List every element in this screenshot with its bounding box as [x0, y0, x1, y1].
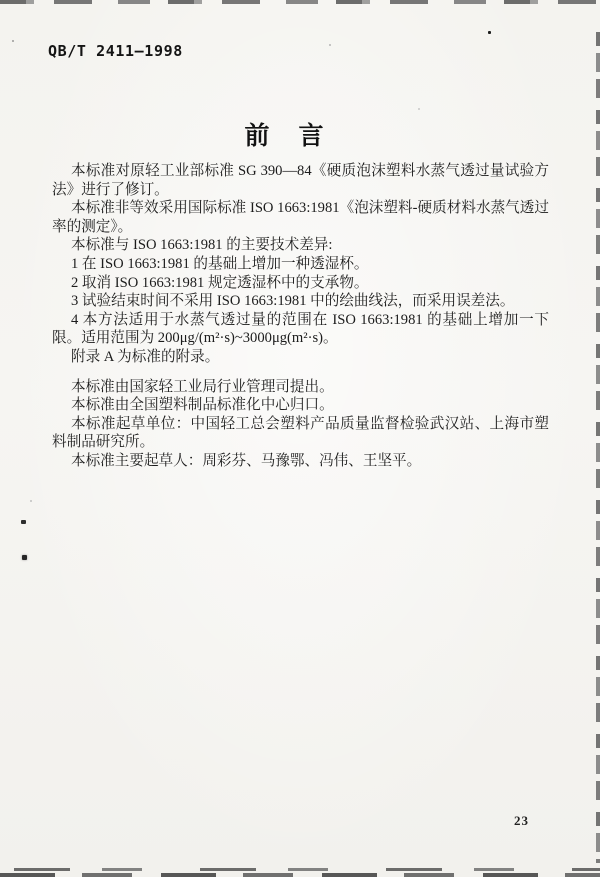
scan-speck: [12, 40, 14, 42]
scan-speck: [21, 520, 26, 524]
list-item-difference-4: 4 本方法适用于水蒸气透过量的范围在 ISO 1663:1981 的基础上增加一…: [52, 311, 549, 348]
page-number: 23: [514, 813, 529, 829]
list-item-difference-3: 3 试验结束时间不采用 ISO 1663:1981 中的绘曲线法，而采用误差法。: [52, 292, 549, 311]
paragraph-drafters: 本标准主要起草人：周彩芬、马豫鄂、冯伟、王坚平。: [52, 452, 549, 471]
paragraph-differences-heading: 本标准与 ISO 1663:1981 的主要技术差异:: [52, 236, 549, 255]
scan-edge-bottom: [0, 868, 600, 871]
list-item-difference-2: 2 取消 ISO 1663:1981 规定透湿杯中的支承物。: [52, 274, 549, 293]
paragraph-iso-adoption: 本标准非等效采用国际标准 ISO 1663:1981《泡沫塑料-硬质材料水蒸气透…: [52, 199, 549, 236]
scan-speck: [488, 31, 491, 34]
scan-edge-top: [0, 0, 600, 4]
scan-speck: [418, 108, 420, 110]
paragraph-revision: 本标准对原轻工业部标准 SG 390—84《硬质泡沫塑料水蒸气透过量试验方法》进…: [52, 162, 549, 199]
scan-speck: [22, 555, 27, 560]
foreword-body: 本标准对原轻工业部标准 SG 390—84《硬质泡沫塑料水蒸气透过量试验方法》进…: [52, 162, 549, 471]
scan-speck: [329, 44, 331, 46]
paragraph-proposed-by: 本标准由国家轻工业局行业管理司提出。: [52, 378, 549, 397]
paragraph-annex-note: 附录 A 为标准的附录。: [52, 348, 549, 367]
scan-speck: [30, 500, 32, 502]
standard-number: QB/T 2411—1998: [48, 42, 183, 60]
paragraph-drafting-units: 本标准起草单位：中国轻工总会塑料产品质量监督检验武汉站、上海市塑料制品研究所。: [52, 415, 549, 452]
list-item-difference-1: 1 在 ISO 1663:1981 的基础上增加一种透湿杯。: [52, 255, 549, 274]
page-title: 前 言: [0, 116, 570, 152]
document-page: QB/T 2411—1998 前 言 本标准对原轻工业部标准 SG 390—84…: [0, 0, 600, 877]
scan-edge-bottom: [0, 873, 600, 877]
paragraph-centralized-by: 本标准由全国塑料制品标准化中心归口。: [52, 396, 549, 415]
scan-edge-right: [596, 32, 600, 863]
